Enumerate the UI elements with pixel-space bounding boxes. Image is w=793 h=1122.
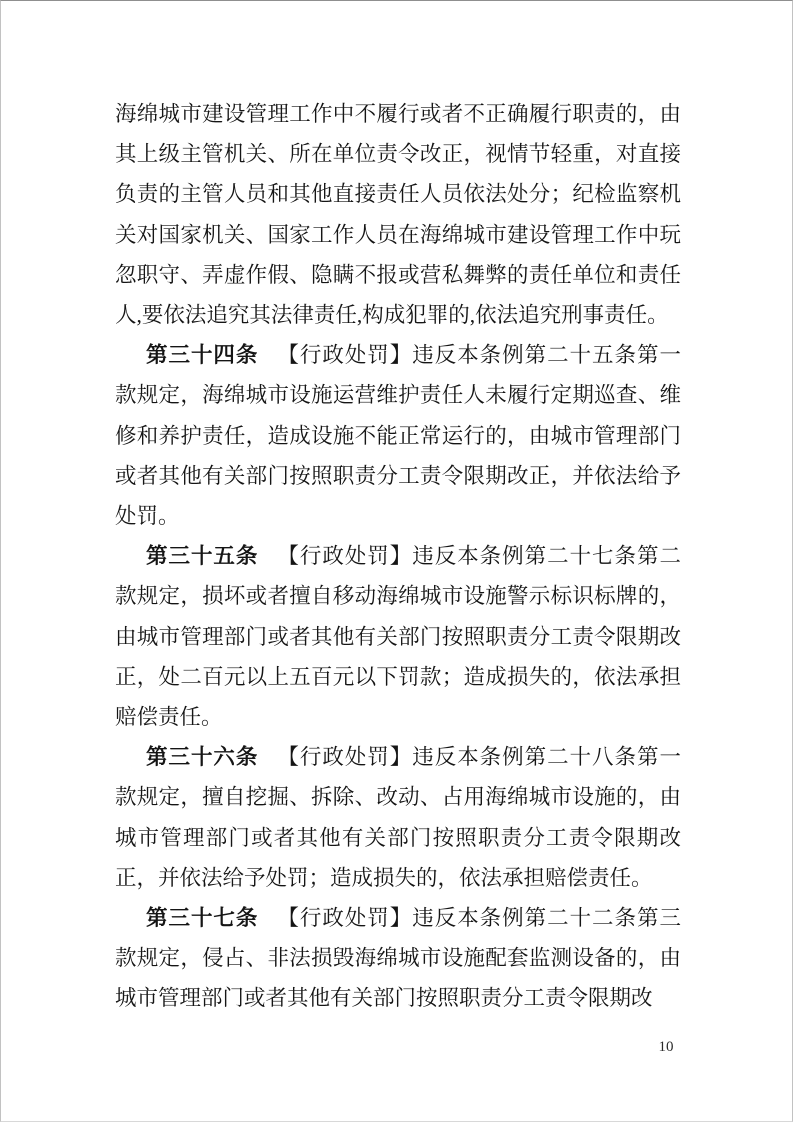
page-number: 10 [641, 1038, 691, 1056]
paragraph-article-37: 第三十七条【行政处罚】违反本条例第二十二条第三款规定，侵占、非法损毁海绵城市设施… [115, 898, 681, 1019]
article-text: 违反本条例第二十七条第二款规定，损坏或者擅自移动海绵城市设施警示标识标牌的，由城… [115, 544, 681, 729]
paragraph-article-34: 第三十四条【行政处罚】违反本条例第二十五条第一款规定，海绵城市设施运营维护责任人… [115, 335, 681, 536]
document-page: 海绵城市建设管理工作中不履行或者不正确履行职责的，由其上级主管机关、所在单位责令… [0, 0, 793, 1122]
paragraph-article-35: 第三十五条【行政处罚】违反本条例第二十七条第二款规定，损坏或者擅自移动海绵城市设… [115, 536, 681, 737]
article-number: 第三十五条 [146, 544, 258, 568]
document-body: 海绵城市建设管理工作中不履行或者不正确履行职责的，由其上级主管机关、所在单位责令… [115, 94, 681, 1019]
paragraph-text: 海绵城市建设管理工作中不履行或者不正确履行职责的，由其上级主管机关、所在单位责令… [115, 102, 681, 327]
paragraph-article-36: 第三十六条【行政处罚】违反本条例第二十八条第一款规定，擅自挖掘、拆除、改动、占用… [115, 737, 681, 898]
article-text: 违反本条例第二十五条第一款规定，海绵城市设施运营维护责任人未履行定期巡查、维修和… [115, 343, 681, 528]
article-tag: 【行政处罚】 [277, 906, 412, 930]
paragraph-continuation: 海绵城市建设管理工作中不履行或者不正确履行职责的，由其上级主管机关、所在单位责令… [115, 94, 681, 335]
article-tag: 【行政处罚】 [277, 745, 412, 769]
article-number: 第三十七条 [146, 906, 258, 930]
article-tag: 【行政处罚】 [277, 343, 412, 367]
article-number: 第三十六条 [146, 745, 258, 769]
article-tag: 【行政处罚】 [277, 544, 412, 568]
article-number: 第三十四条 [146, 343, 258, 367]
